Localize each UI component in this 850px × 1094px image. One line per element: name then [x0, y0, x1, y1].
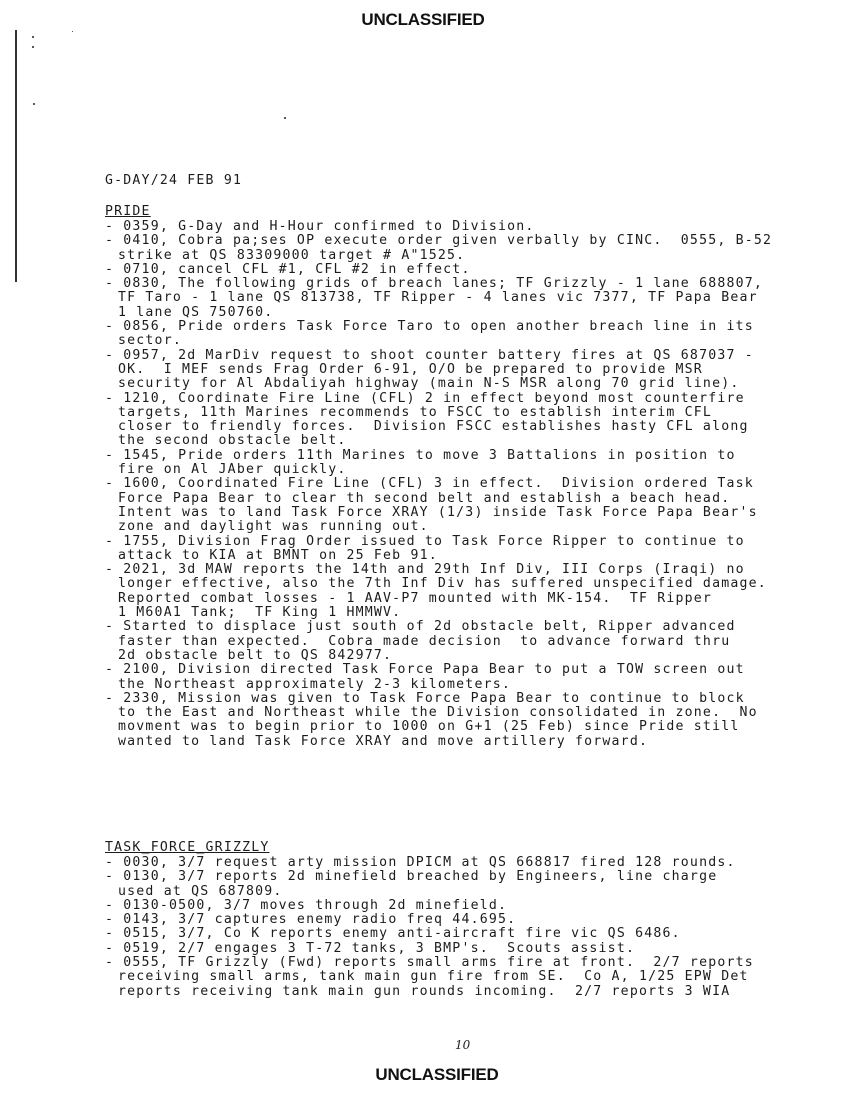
scan-speck [33, 103, 35, 105]
log-entry-continuation: TF Taro - 1 lane QS 813738, TF Ripper - … [105, 291, 772, 305]
log-entry-line: - 0130, 3/7 reports 2d minefield breache… [105, 870, 754, 884]
log-entry-line: - 1545, Pride orders 11th Marines to mov… [105, 449, 772, 463]
log-entry-line: - 2100, Division directed Task Force Pap… [105, 663, 772, 677]
page-number: 10 [455, 1038, 470, 1052]
log-entry-line: - 0410, Cobra pa;ses OP execute order gi… [105, 234, 772, 248]
log-entry-continuation: Force Papa Bear to clear th second belt … [105, 492, 772, 506]
section-heading-pride: PRIDE [105, 205, 151, 219]
log-entry-line: - 0519, 2/7 engages 3 T-72 tanks, 3 BMP'… [105, 942, 754, 956]
log-entry: - 0359, G-Day and H-Hour confirmed to Di… [105, 220, 772, 234]
log-entry-line: - 1600, Coordinated Fire Line (CFL) 3 in… [105, 477, 772, 491]
log-entry: - 0555, TF Grizzly (Fwd) reports small a… [105, 956, 754, 999]
log-entry-continuation: Reported combat losses - 1 AAV-P7 mounte… [105, 592, 772, 606]
log-entry: - 0130, 3/7 reports 2d minefield breache… [105, 870, 754, 899]
log-entry-line: - 0359, G-Day and H-Hour confirmed to Di… [105, 220, 772, 234]
log-entry-line: - 2021, 3d MAW reports the 14th and 29th… [105, 563, 772, 577]
log-entry-line: - 0515, 3/7, Co K reports enemy anti-air… [105, 927, 754, 941]
log-entry-continuation: zone and daylight was running out. [105, 520, 772, 534]
log-entry: - 0710, cancel CFL #1, CFL #2 in effect. [105, 263, 772, 277]
scan-speck [32, 36, 34, 38]
log-entry-continuation: faster than expected. Cobra made decisio… [105, 635, 772, 649]
section-entries-task-force-grizzly: - 0030, 3/7 request arty mission DPICM a… [105, 856, 754, 999]
log-entry: - 2021, 3d MAW reports the 14th and 29th… [105, 563, 772, 620]
log-entry-line: - 0030, 3/7 request arty mission DPICM a… [105, 856, 754, 870]
log-entry: - 0030, 3/7 request arty mission DPICM a… [105, 856, 754, 870]
section-entries-pride: - 0359, G-Day and H-Hour confirmed to Di… [105, 220, 772, 749]
log-entry-continuation: security for Al Abdaliyah highway (main … [105, 377, 772, 391]
scan-speck [284, 117, 286, 119]
log-entry: - 0830, The following grids of breach la… [105, 277, 772, 320]
log-entry-continuation: the second obstacle belt. [105, 434, 772, 448]
log-entry: - 0957, 2d MarDiv request to shoot count… [105, 349, 772, 392]
log-entry-line: - 0856, Pride orders Task Force Taro to … [105, 320, 772, 334]
log-entry-line: - 0130-0500, 3/7 moves through 2d minefi… [105, 899, 754, 913]
log-entry: - 0515, 3/7, Co K reports enemy anti-air… [105, 927, 754, 941]
log-entry-line: - 1210, Coordinate Fire Line (CFL) 2 in … [105, 392, 772, 406]
log-entry: - 1210, Coordinate Fire Line (CFL) 2 in … [105, 392, 772, 449]
log-entry-line: - 1755, Division Frag Order issued to Ta… [105, 535, 772, 549]
log-entry: - 0856, Pride orders Task Force Taro to … [105, 320, 772, 349]
log-entry-continuation: to the East and Northeast while the Divi… [105, 706, 772, 720]
log-entry: - 2100, Division directed Task Force Pap… [105, 663, 772, 692]
log-entry-continuation: Intent was to land Task Force XRAY (1/3)… [105, 506, 772, 520]
document-body: G-DAY/24 FEB 91 PRIDE - 0359, G-Day and … [105, 0, 845, 114]
log-entry: - 0130-0500, 3/7 moves through 2d minefi… [105, 899, 754, 913]
log-entry-continuation: movment was to begin prior to 1000 on G+… [105, 720, 772, 734]
log-entry-continuation: sector. [105, 334, 772, 348]
log-entry: - 1545, Pride orders 11th Marines to mov… [105, 449, 772, 478]
log-entry-continuation: used at QS 687809. [105, 885, 754, 899]
log-entry: - 0143, 3/7 captures enemy radio freq 44… [105, 913, 754, 927]
scan-speck [32, 46, 34, 48]
log-entry-continuation: wanted to land Task Force XRAY and move … [105, 735, 772, 749]
log-entry: - 0519, 2/7 engages 3 T-72 tanks, 3 BMP'… [105, 942, 754, 956]
log-entry-continuation: OK. I MEF sends Frag Order 6-91, O/O be … [105, 363, 772, 377]
log-entry-continuation: targets, 11th Marines recommends to FSCC… [105, 406, 772, 420]
log-entry-continuation: the Northeast approximately 2-3 kilomete… [105, 678, 772, 692]
log-entry-continuation: 1 lane QS 750760. [105, 306, 772, 320]
scan-speck [72, 31, 73, 32]
log-entry-line: - 0143, 3/7 captures enemy radio freq 44… [105, 913, 754, 927]
log-entry-continuation: attack to KIA at BMNT on 25 Feb 91. [105, 549, 772, 563]
log-entry: - 1755, Division Frag Order issued to Ta… [105, 535, 772, 564]
log-entry-line: - 2330, Mission was given to Task Force … [105, 692, 772, 706]
date-heading: G-DAY/24 FEB 91 [105, 174, 242, 188]
log-entry: - 0410, Cobra pa;ses OP execute order gi… [105, 234, 772, 263]
log-entry-line: - 0830, The following grids of breach la… [105, 277, 772, 291]
classification-footer: UNCLASSIFIED [12, 1065, 850, 1085]
log-entry-continuation: longer effective, also the 7th Inf Div h… [105, 577, 772, 591]
log-entry: - Started to displace just south of 2d o… [105, 620, 772, 663]
log-entry: - 2330, Mission was given to Task Force … [105, 692, 772, 749]
log-entry-continuation: closer to friendly forces. Division FSCC… [105, 420, 772, 434]
log-entry: - 1600, Coordinated Fire Line (CFL) 3 in… [105, 477, 772, 534]
log-entry-continuation: strike at QS 83309000 target # A"1525. [105, 249, 772, 263]
margin-rule [15, 30, 17, 282]
log-entry-continuation: 2d obstacle belt to QS 842977. [105, 649, 772, 663]
log-entry-continuation: 1 M60A1 Tank; TF King 1 HMMWV. [105, 606, 772, 620]
log-entry-line: - 0555, TF Grizzly (Fwd) reports small a… [105, 956, 754, 970]
log-entry-line: - 0710, cancel CFL #1, CFL #2 in effect. [105, 263, 772, 277]
section-heading-task-force-grizzly: TASK_FORCE_GRIZZLY [105, 841, 270, 855]
log-entry-continuation: reports receiving tank main gun rounds i… [105, 985, 754, 999]
log-entry-line: - 0957, 2d MarDiv request to shoot count… [105, 349, 772, 363]
log-entry-line: - Started to displace just south of 2d o… [105, 620, 772, 634]
log-entry-continuation: fire on Al JAber quickly. [105, 463, 772, 477]
log-entry-continuation: receiving small arms, tank main gun fire… [105, 970, 754, 984]
